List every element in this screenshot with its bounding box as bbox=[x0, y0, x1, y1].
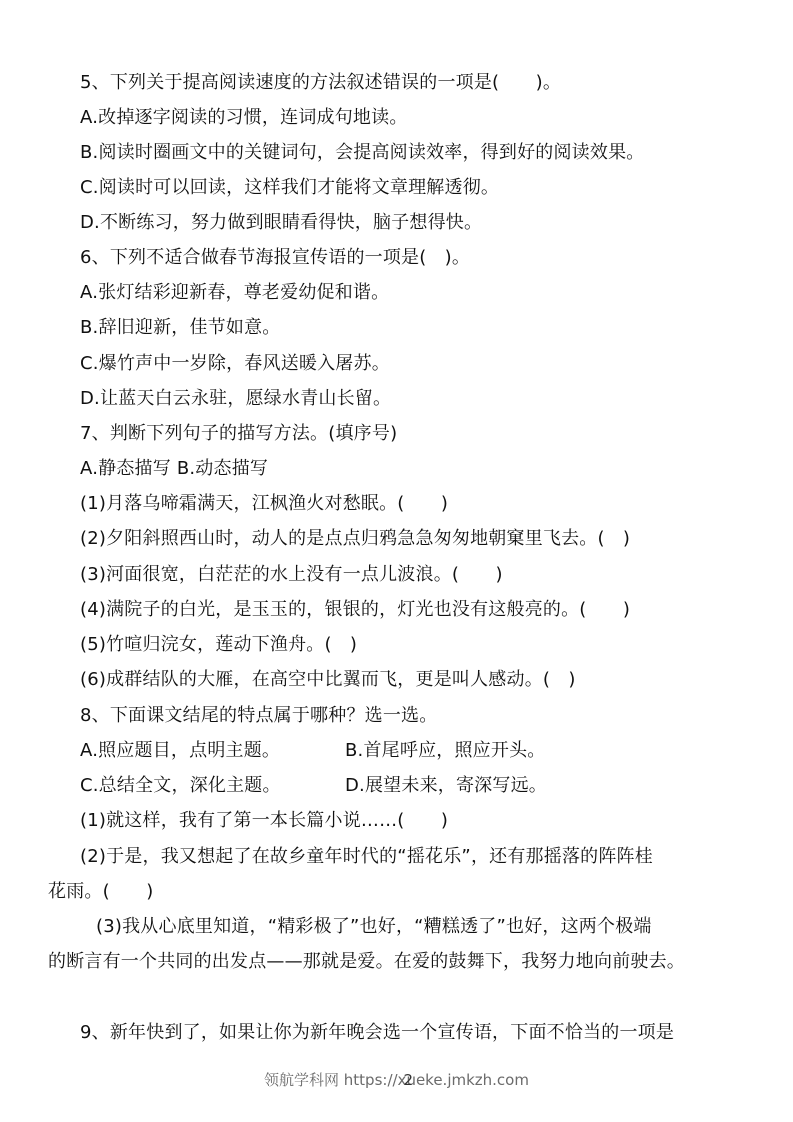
q8-item-3-line-1: (3)我从心底里知道，“精彩极了”也好，“糟糕透了”也好，这两个极端 bbox=[96, 915, 652, 939]
q6-stem: 6、下列不适合做春节海报宣传语的一项是( )。 bbox=[80, 246, 470, 270]
footer-site-name: 领航学科网 bbox=[264, 1071, 339, 1089]
q6-option-d: D.让蓝天白云永驻，愿绿水青山长留。 bbox=[80, 387, 391, 411]
q7-item-6: (6)成群结队的大雁，在高空中比翼而飞，更是叫人感动。( ) bbox=[80, 668, 576, 692]
q8-item-2-line-2: 花雨。( ) bbox=[48, 880, 153, 904]
q8-item-1: (1)就这样，我有了第一本长篇小说……( ) bbox=[80, 809, 448, 833]
q8-option-c: C.总结全文，深化主题。 bbox=[80, 775, 281, 796]
q7-choices: A.静态描写 B.动态描写 bbox=[80, 457, 268, 481]
q8-option-a: A.照应题目，点明主题。 bbox=[80, 740, 280, 761]
q7-stem: 7、判断下列句子的描写方法。(填序号) bbox=[80, 422, 397, 446]
footer-url-suffix: ueke.jmkzh.com bbox=[406, 1071, 529, 1089]
document-page: 5、下列关于提高阅读速度的方法叙述错误的一项是( )。 A.改掉逐字阅读的习惯，… bbox=[0, 0, 793, 1122]
q8-option-b: B.首尾呼应，照应开头。 bbox=[345, 739, 545, 763]
q8-item-3-line-2: 的断言有一个共同的出发点——那就是爱。在爱的鼓舞下，我努力地向前驶去。 bbox=[48, 950, 685, 974]
q6-option-c: C.爆竹声中一岁除，春风送暖入屠苏。 bbox=[80, 352, 390, 376]
q9-stem: 9、新年快到了，如果让你为新年晚会选一个宣传语，下面不恰当的一项是 bbox=[80, 1021, 674, 1045]
q8-item-2-line-1: (2)于是，我又想起了在故乡童年时代的“摇花乐”，还有那摇落的阵阵桂 bbox=[80, 845, 653, 869]
page-footer: 领航学科网 https://x2ueke.jmkzh.com bbox=[0, 1069, 793, 1091]
q6-option-b: B.辞旧迎新，佳节如意。 bbox=[80, 316, 280, 340]
q7-item-5: (5)竹喧归浣女，莲动下渔舟。( ) bbox=[80, 633, 357, 657]
q8-options-row-2: C.总结全文，深化主题。 D.展望未来，寄深写远。 bbox=[80, 774, 281, 798]
q5-option-b: B.阅读时圈画文中的关键词句，会提高阅读效率，得到好的阅读效果。 bbox=[80, 141, 644, 165]
q8-options-row-1: A.照应题目，点明主题。 B.首尾呼应，照应开头。 bbox=[80, 739, 280, 763]
q5-option-d: D.不断练习，努力做到眼睛看得快，脑子想得快。 bbox=[80, 211, 482, 235]
q7-item-4: (4)满院子的白光，是玉玉的，银银的，灯光也没有这般亮的。( ) bbox=[80, 598, 630, 622]
q6-option-a: A.张灯结彩迎新春，尊老爱幼促和谐。 bbox=[80, 281, 389, 305]
q7-item-3: (3)河面很宽，白茫茫的水上没有一点儿波浪。( ) bbox=[80, 563, 503, 587]
q5-option-a: A.改掉逐字阅读的习惯，连词成句地读。 bbox=[80, 106, 408, 130]
q7-item-1: (1)月落乌啼霜满天，江枫渔火对愁眠。( ) bbox=[80, 492, 448, 516]
footer-url-prefix: https://x bbox=[339, 1071, 406, 1089]
q8-option-d: D.展望未来，寄深写远。 bbox=[345, 774, 547, 798]
q8-stem: 8、下面课文结尾的特点属于哪种？选一选。 bbox=[80, 704, 437, 728]
q5-stem: 5、下列关于提高阅读速度的方法叙述错误的一项是( )。 bbox=[80, 71, 561, 95]
q5-option-c: C.阅读时可以回读，这样我们才能将文章理解透彻。 bbox=[80, 176, 499, 200]
q7-item-2: (2)夕阳斜照西山时，动人的是点点归鸦急急匆匆地朝窠里飞去。( ) bbox=[80, 527, 630, 551]
